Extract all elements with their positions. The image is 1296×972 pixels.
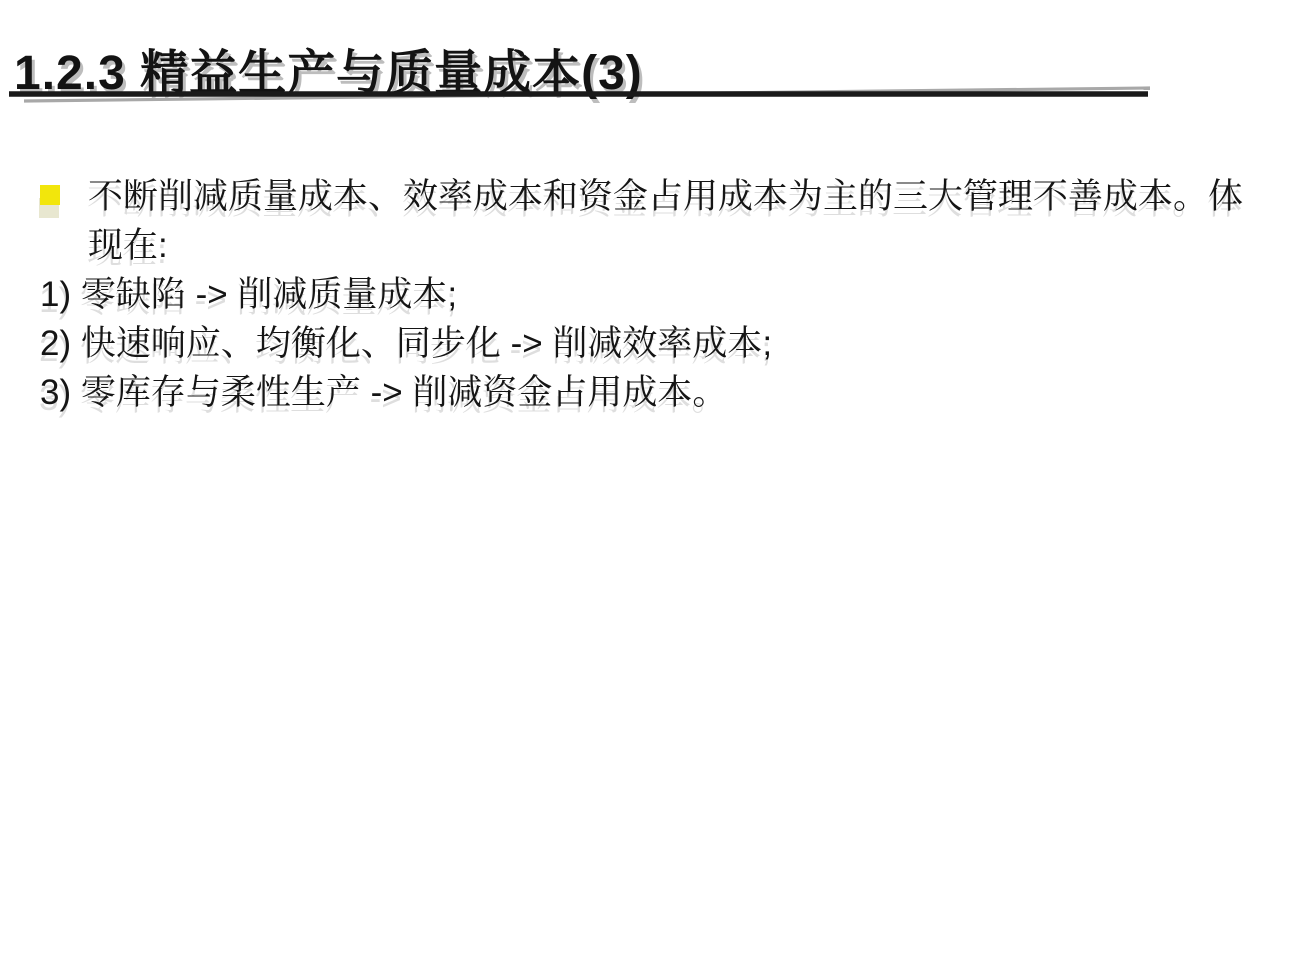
numbered-list: 1) 零缺陷 -> 削减质量成本; 2) 快速响应、均衡化、同步化 -> 削减效… (40, 270, 1292, 417)
list-item: 2) 快速响应、均衡化、同步化 -> 削减效率成本; (40, 319, 1292, 368)
title-underline (6, 82, 1156, 110)
bullet-item: 不断削减质量成本、效率成本和资金占用成本为主的三大管理不善成本。体 现在: (40, 172, 1292, 270)
bullet-text-line: 现在: (88, 221, 1243, 270)
slide-body: 不断削减质量成本、效率成本和资金占用成本为主的三大管理不善成本。体 现在: 1)… (40, 172, 1292, 417)
bullet-text: 不断削减质量成本、效率成本和资金占用成本为主的三大管理不善成本。体 现在: (88, 172, 1243, 270)
bullet-text-line: 不断削减质量成本、效率成本和资金占用成本为主的三大管理不善成本。体 (88, 172, 1243, 221)
slide: 1.2.3 精益生产与质量成本(3) 不断削减质量成本、效率成本和资金占用成本为… (0, 0, 1296, 972)
bullet-square-icon (40, 185, 60, 205)
list-item: 3) 零库存与柔性生产 -> 削减资金占用成本。 (40, 368, 1292, 417)
list-item: 1) 零缺陷 -> 削减质量成本; (40, 270, 1292, 319)
